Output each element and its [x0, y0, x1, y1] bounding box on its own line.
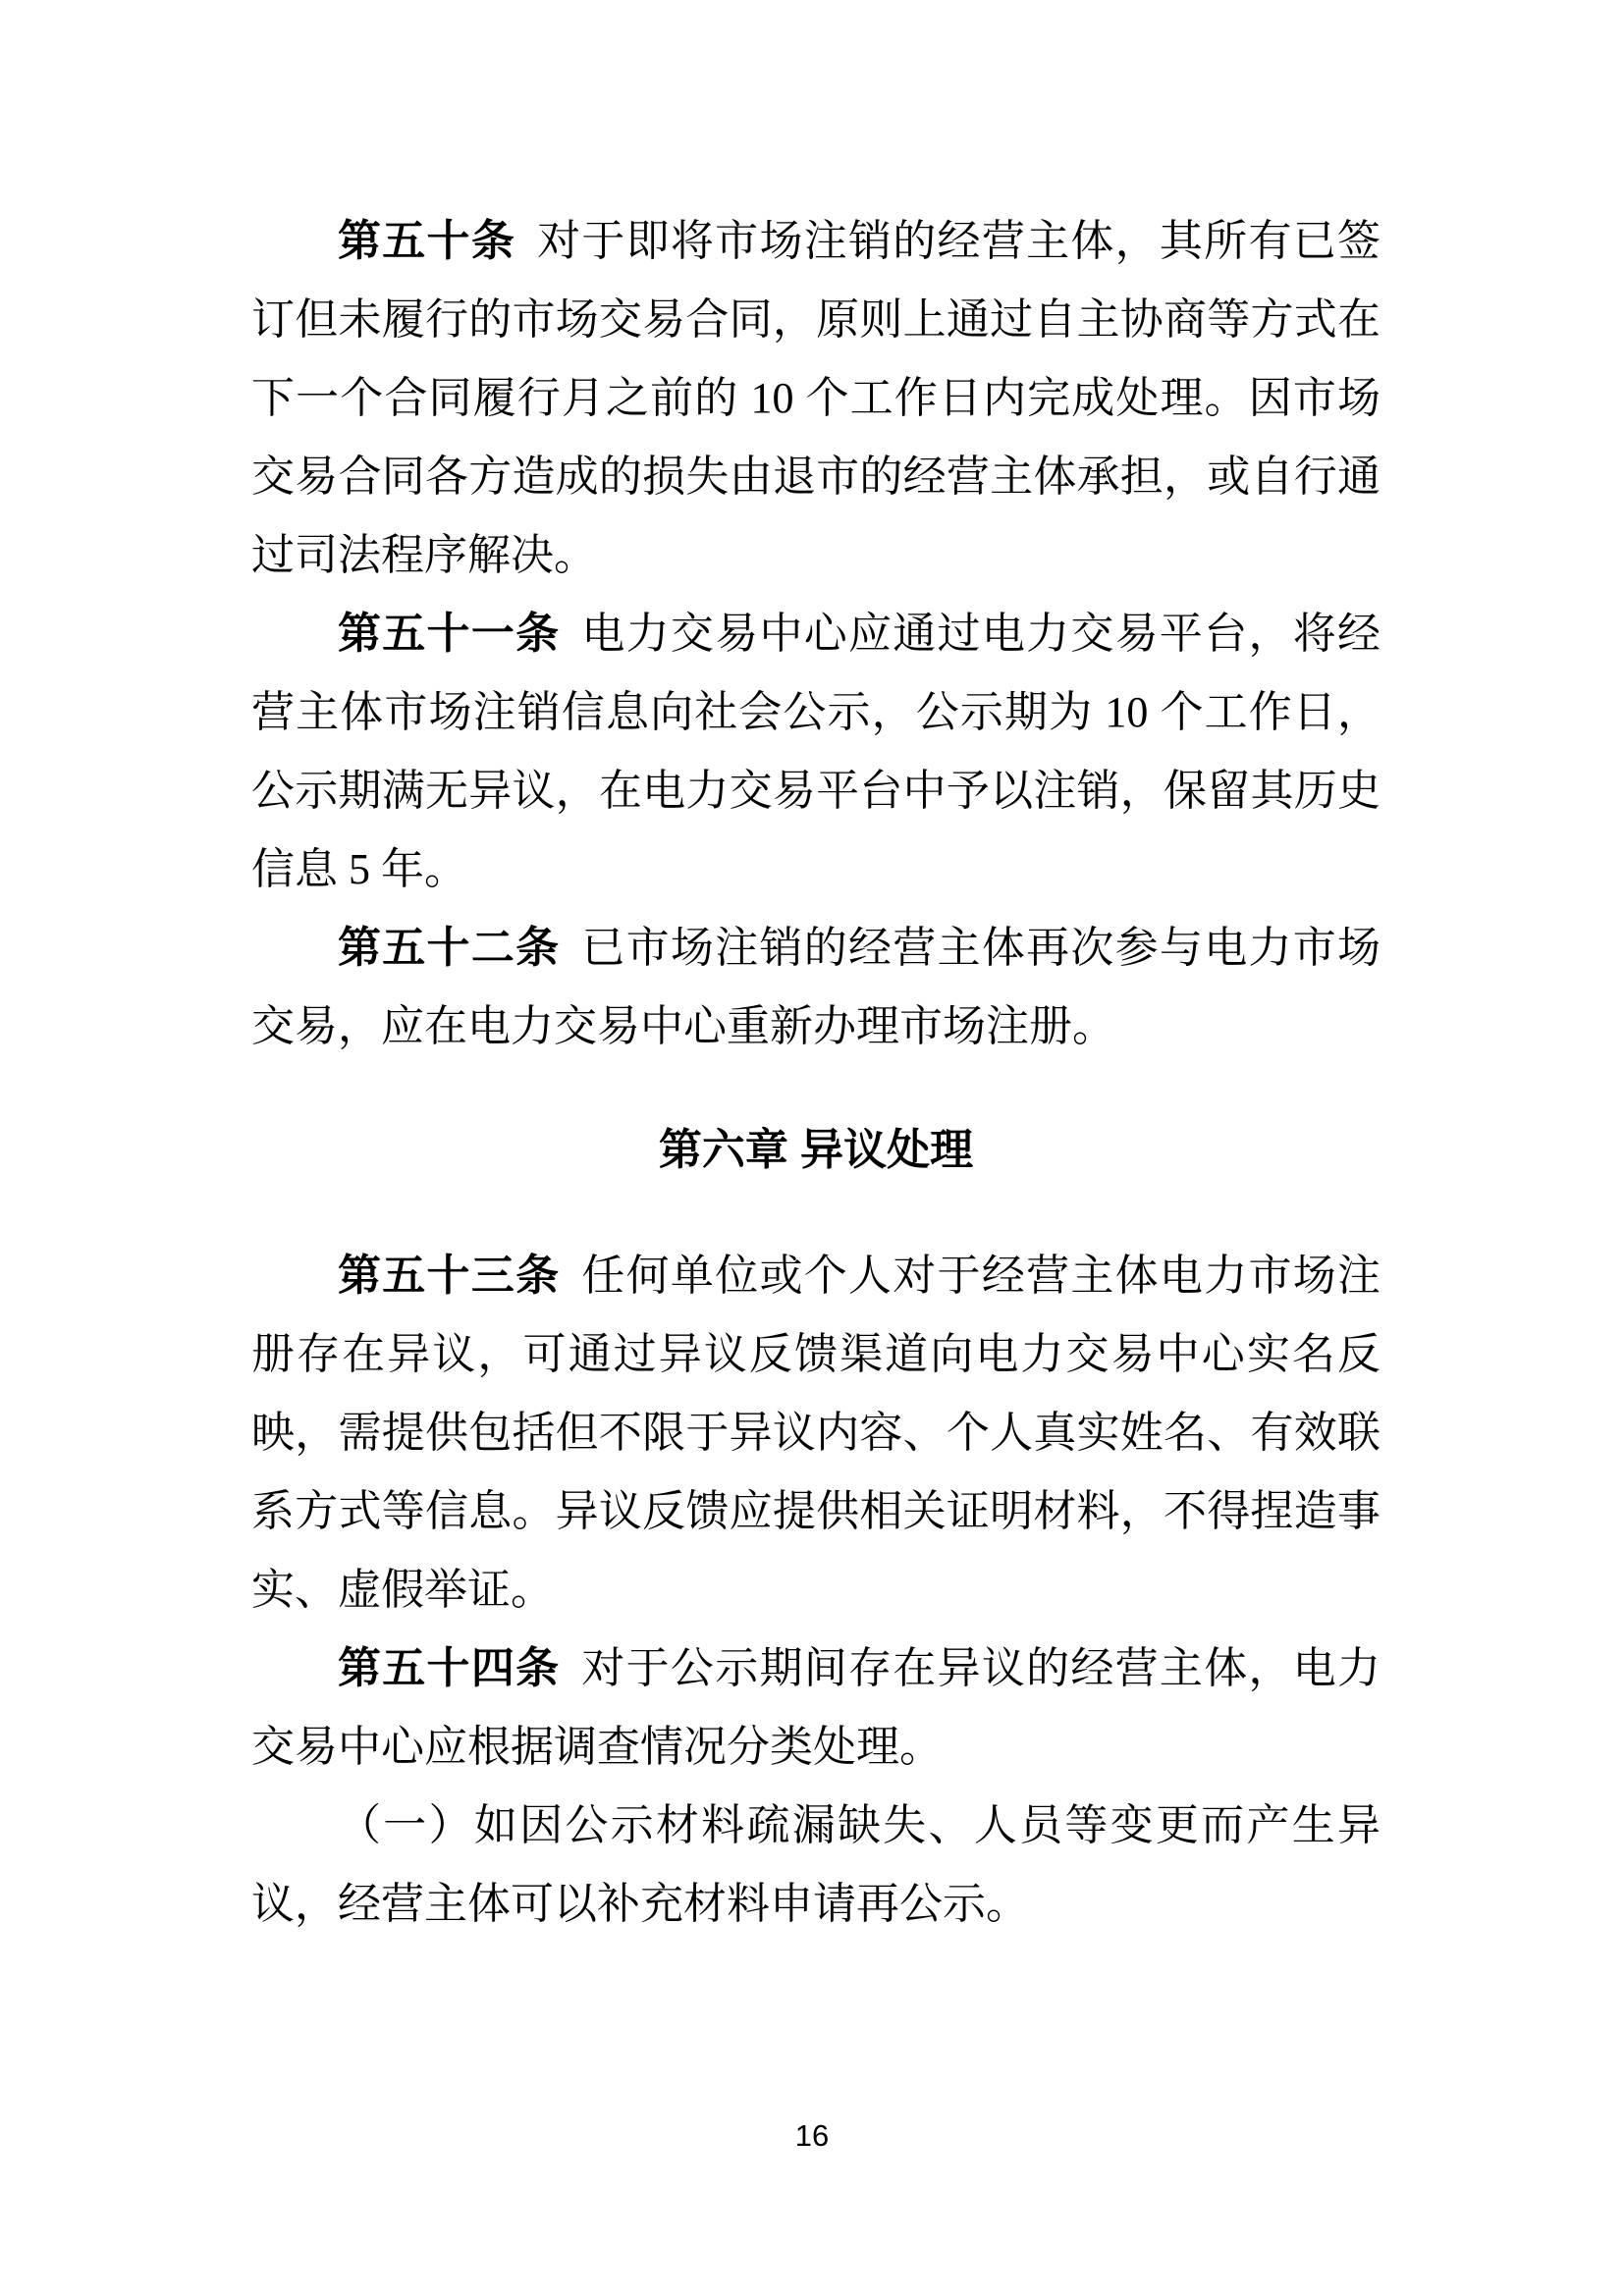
article-53-number: 第五十三条	[338, 1252, 560, 1300]
chapter-6-heading: 第六章 异议处理	[251, 1111, 1380, 1190]
article-50-text: 对于即将市场注销的经营主体，其所有已签订但未履行的市场交易合同，原则上通过自主协…	[251, 217, 1380, 579]
article-54-number: 第五十四条	[338, 1644, 560, 1692]
list-item-1-paragraph: （一）如因公示材料疏漏缺失、人员等变更而产生异议，经营主体可以补充材料申请再公示…	[251, 1787, 1380, 1944]
article-52-number: 第五十二条	[338, 924, 560, 972]
document-text-block: 第五十条对于即将市场注销的经营主体，其所有已签订但未履行的市场交易合同，原则上通…	[251, 202, 1380, 1944]
page-number: 16	[0, 2116, 1624, 2156]
document-page: 第五十条对于即将市场注销的经营主体，其所有已签订但未履行的市场交易合同，原则上通…	[0, 0, 1624, 2296]
article-50-number: 第五十条	[338, 217, 515, 265]
article-53-paragraph: 第五十三条任何单位或个人对于经营主体电力市场注册存在异议，可通过异议反馈渠道向电…	[251, 1237, 1380, 1629]
article-53-text: 任何单位或个人对于经营主体电力市场注册存在异议，可通过异议反馈渠道向电力交易中心…	[251, 1252, 1380, 1614]
article-51-number: 第五十一条	[338, 610, 560, 658]
article-52-paragraph: 第五十二条已市场注销的经营主体再次参与电力市场交易，应在电力交易中心重新办理市场…	[251, 909, 1380, 1066]
article-50-paragraph: 第五十条对于即将市场注销的经营主体，其所有已签订但未履行的市场交易合同，原则上通…	[251, 202, 1380, 595]
article-54-paragraph: 第五十四条对于公示期间存在异议的经营主体，电力交易中心应根据调查情况分类处理。	[251, 1629, 1380, 1787]
article-51-paragraph: 第五十一条电力交易中心应通过电力交易平台，将经营主体市场注销信息向社会公示，公示…	[251, 595, 1380, 909]
